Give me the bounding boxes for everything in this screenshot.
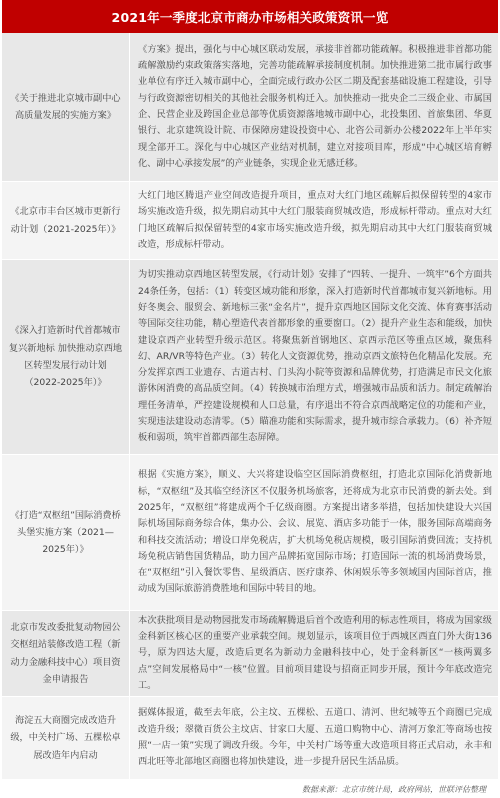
table-row: 《北京市丰台区城市更新行动计划（2021-2025年）》 大红门地区腾退产业空间… (2, 182, 498, 260)
policy-table-document: 2021年一季度北京市商办市场相关政策资讯一览 《关于推进北京城市副中心高质量发… (0, 0, 500, 795)
table-row: 《深入打造新时代首都城市复兴新地标 加快推动京西地区转型发展行动计划（2022-… (2, 260, 498, 455)
policy-name: 《深入打造新时代首都城市复兴新地标 加快推动京西地区转型发展行动计划（2022-… (2, 260, 130, 454)
policy-table: 《关于推进北京城市副中心高质量发展的实施方案》 《方案》提出，强化与中心城区联动… (2, 33, 498, 780)
policy-name: 《北京市丰台区城市更新行动计划（2021-2025年）》 (2, 182, 130, 259)
policy-description: 根据《实施方案》，顺义、大兴将建设临空区国际消费枢纽，打造北京国际化消费新地标，… (130, 455, 498, 610)
table-row: 《关于推进北京城市副中心高质量发展的实施方案》 《方案》提出，强化与中心城区联动… (2, 33, 498, 182)
table-row: 海淀五大商圈完成改造升级，中关村广场、五棵松卓展改造年内启动 据媒体报道，截至去… (2, 697, 498, 780)
policy-description: 《方案》提出，强化与中心城区联动发展，承接非首都功能疏解。积极推进非首都功能疏解… (130, 33, 498, 181)
table-title: 2021年一季度北京市商办市场相关政策资讯一览 (2, 0, 498, 33)
policy-description: 据媒体报道，截至去年底，公主坟、五棵松、五道口、清河、世纪城等五个商圈已完成改造… (130, 697, 498, 779)
policy-description: 为切实推动京西地区转型发展，《行动计划》安排了“四转、一提升、一筑牢”6个方面共… (130, 260, 498, 454)
policy-name: 北京市发改委批复动物园公交枢纽站装修改造工程（新动力金融科技中心）项目资金申请报… (2, 611, 130, 696)
table-row: 北京市发改委批复动物园公交枢纽站装修改造工程（新动力金融科技中心）项目资金申请报… (2, 611, 498, 697)
policy-description: 大红门地区腾退产业空间改造提升项目，重点对大红门地区疏解后拟保留转型的4家市场实… (130, 182, 498, 259)
table-row: 《打造“双枢纽”国际消费桥头堡实施方案（2021—2025年）》 根据《实施方案… (2, 455, 498, 611)
policy-name: 海淀五大商圈完成改造升级，中关村广场、五棵松卓展改造年内启动 (2, 697, 130, 779)
policy-description: 本次获批项目是动物园批发市场疏解腾退后首个改造利用的标志性项目，将成为国家级金科… (130, 611, 498, 696)
policy-name: 《关于推进北京城市副中心高质量发展的实施方案》 (2, 33, 130, 181)
policy-name: 《打造“双枢纽”国际消费桥头堡实施方案（2021—2025年）》 (2, 455, 130, 610)
data-source-note: 数据来源：北京市统计局，政府网站，世联评估整理 (2, 780, 498, 795)
